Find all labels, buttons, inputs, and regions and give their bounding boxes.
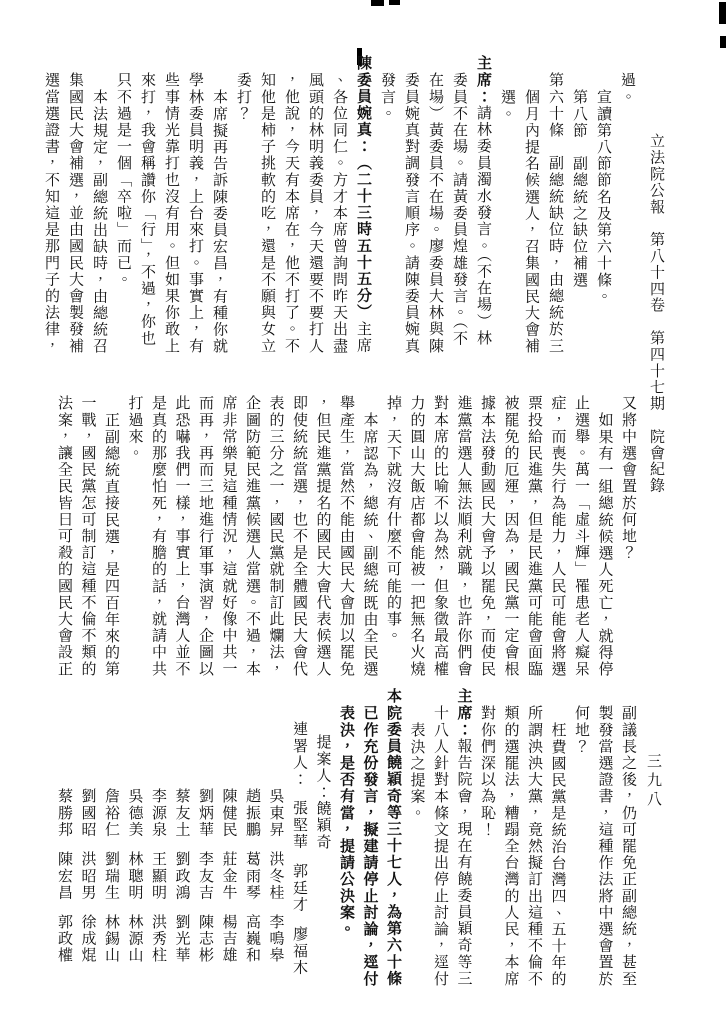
cosigner-name: 廖福木 — [291, 926, 309, 976]
column-text: 表決，是否有當，提請公決案。 — [338, 705, 356, 937]
column-text: 法案，讓全民皆曰可殺的國民大會設正 — [56, 395, 74, 677]
column-text: 本席擬再告訴陳委員宏昌，有種你就 — [211, 89, 229, 355]
column-text: 企圖防範民進黨候選人當選。不過，本 — [244, 395, 262, 677]
text-column: 主席：請林委員濁水發言。（不在場）林 — [472, 55, 496, 359]
text-column: 已作充份發言，擬建請停止討論，逕付 — [358, 688, 382, 1010]
text-column: 打過來。 — [123, 378, 147, 670]
text-column: 些事情光靠打也沒有用。但如果你敢上 — [160, 55, 184, 359]
column-text: 力的圓山大飯店都會能被一把無名火燒 — [409, 395, 427, 677]
column-text: 在場）黃委員不在場。廖委員大林與陳 — [427, 72, 445, 354]
page-header: 立法院公報 第八十四卷 第四十七期 院會紀錄 — [646, 133, 668, 494]
scan-artifact — [371, 0, 384, 6]
cosigner-name: 李源泉 — [150, 788, 168, 838]
text-column: 對你們深以為恥！ — [476, 688, 500, 1010]
text-column: 所謂泱泱大黨，竟然擬訂出這種不倫不 — [523, 688, 547, 1010]
cosigner-name: 陳志彬 — [197, 914, 215, 964]
column-text: 委員不在場。請黃委員煌雄發言。（不 — [451, 72, 469, 347]
column-text: 已作充份發言，擬建請停止討論，逕付 — [362, 705, 380, 987]
text-column: 本院委員饒穎奇等三十七人，為第六十條 — [382, 688, 406, 1010]
speaker-name: 主席： — [456, 688, 474, 738]
cosigner-name: 蔡勝邦 — [56, 788, 74, 838]
column-text: 報告院會，現在有饒委員穎奇等三 — [456, 738, 474, 987]
column-text: 此恐嚇我們一樣，事實上，台灣人並不 — [174, 395, 192, 677]
column-text: 委打？ — [235, 72, 253, 122]
cosigner-name: 劉政鴻 — [174, 851, 192, 901]
speaker-name: 主席： — [475, 55, 493, 105]
cosigner-name: 徐成焜 — [80, 914, 98, 964]
column-text: 止選舉。萬一「虛斗輝」罹患老人癡呆 — [573, 395, 591, 677]
text-column: 而再，再而三地進行軍事演習，企圖以 — [194, 378, 218, 670]
text-column: 被罷免的厄運，因為，國民黨一定會根 — [499, 378, 523, 670]
column-text: 對本席的比喻不以為然，但象徵最高權 — [432, 395, 450, 677]
text-column: 票投給民進黨，但是民進黨可能會面臨 — [523, 378, 547, 670]
cosigner-column: 連署人：張堅華郭廷才廖福木 — [288, 688, 312, 1010]
text-column: 第八節 副總統之缺位補選 — [568, 55, 592, 359]
text-column: 只不過是一個「卒啦」而已。 — [112, 55, 136, 359]
text-column: 舉產生，當然不能由國民大會加以罷免 — [335, 378, 359, 670]
text-column: 表決之提案。 — [405, 688, 429, 1010]
column-text: 一戰，國民黨怎可制訂這種不倫不類的 — [80, 395, 98, 677]
column-text: 打過來。 — [127, 395, 145, 461]
column-text: 、各位同仁。方才本席曾詢問昨天出盡 — [331, 72, 349, 354]
cosigner-name: 洪昭男 — [80, 851, 98, 901]
scan-artifact — [720, 36, 726, 48]
column-text: 知他是柿子挑軟的吃，還是不願與女立 — [259, 72, 277, 354]
column-text: 過。 — [619, 72, 637, 105]
column-text: 只不過是一個「卒啦」而已。 — [115, 72, 133, 288]
cosigner-column: 詹裕仁劉瑞生林錫山 — [100, 688, 124, 1010]
cosigner-column: 劉炳華李友吉陳志彬 — [194, 688, 218, 1010]
column-text: 如果有一組總統候選人死亡，就得停 — [597, 412, 615, 678]
column-text: 風頭的林明義委員，今天還要不要打人 — [307, 72, 325, 354]
column-text: 掉，天下就沒有什麼不可能的事。 — [385, 395, 403, 644]
cosigner-name: 郭廷才 — [291, 863, 309, 913]
column-text: 類的選罷法，糟蹋全台灣的人民，本席 — [503, 705, 521, 987]
column-text: 票投給民進黨，但是民進黨可能會面臨 — [526, 395, 544, 677]
text-column: 宣讀第八節節名及第六十條。 — [592, 55, 616, 359]
column-text: 些事情光靠打也沒有用。但如果你敢上 — [163, 72, 181, 354]
column-text: 主席 — [355, 321, 373, 354]
gazette-page: 立法院公報 第八十四卷 第四十七期 院會紀錄 三九八 過。宣讀第八節節名及第六十… — [0, 0, 726, 1024]
column-text: 第八節 副總統之缺位補選 — [571, 89, 589, 288]
text-column: 止選舉。萬一「虛斗輝」罹患老人癡呆 — [570, 378, 594, 670]
cosigner-name: 楊吉雄 — [221, 914, 239, 964]
text-column: 十八人針對本條文提出停止討論，逕付 — [429, 688, 453, 1010]
column-text: 本法規定，副總統出缺時，由總統召 — [91, 89, 109, 355]
text-column: 、各位同仁。方才本席曾詢問昨天出盡 — [328, 55, 352, 359]
text-column: 表決，是否有當，提請公決案。 — [335, 688, 359, 1010]
cosigner-name: 莊金牛 — [221, 851, 239, 901]
column-text: 舉產生，當然不能由國民大會加以罷免 — [338, 395, 356, 677]
scan-artifact — [719, 2, 726, 24]
cosigner-column: 陳健民莊金牛楊吉雄 — [217, 688, 241, 1010]
cosigner-name: 高巍和 — [244, 914, 262, 964]
page-number: 三九八 — [643, 753, 665, 810]
text-column: 正副總統直接民選，是四百年來的第 — [100, 378, 124, 670]
text-column: 據本法發動國民大會予以罷免，而使民 — [476, 378, 500, 670]
cosigner-column: 吳東昇洪冬桂李鳴皋 — [264, 688, 288, 1010]
text-column: 又將中選會置於何地？ — [617, 378, 641, 670]
text-column: 本席擬再告訴陳委員宏昌，有種你就 — [208, 55, 232, 359]
column-text: 本院委員饒穎奇等三十七人，為第六十條 — [385, 688, 403, 987]
column-text: 被罷免的厄運，因為，國民黨一定會根 — [503, 395, 521, 677]
proposer-name: 饒穎奇 — [315, 800, 333, 850]
cosigner-column: 蔡友土劉政鴻劉光華 — [170, 688, 194, 1010]
column-text: 枉費國民黨是統治台灣四、五十年的 — [550, 722, 568, 988]
text-column: 在場）黃委員不在場。廖委員大林與陳 — [424, 55, 448, 359]
text-column: 過。 — [616, 55, 640, 359]
text-column: 風頭的林明義委員，今天還要不要打人 — [304, 55, 328, 359]
cosigner-name: 王顯明 — [150, 851, 168, 901]
column-text: 來打，我會稱讚你「行」，不過，你也 — [139, 72, 157, 347]
cosigner-name: 蔡友土 — [174, 788, 192, 838]
cosigner-name: 陳宏昌 — [56, 851, 74, 901]
cosigner-name: 劉瑞生 — [103, 851, 121, 901]
text-column: 表的三分之一，國民黨就制訂此爛法， — [264, 378, 288, 670]
text-column: 即使統統當選，也不是全體國民大會代 — [288, 378, 312, 670]
column-text: 副議長之後，仍可罷免正副總統，甚至 — [620, 705, 638, 987]
column-text: 選當選證書，不知這是那門子的法律， — [43, 72, 61, 354]
text-column: 如果有一組總統候選人死亡，就得停 — [593, 378, 617, 670]
cosigner-column: 蔡勝邦陳宏昌郭政權 — [53, 688, 77, 1010]
text-column: 法案，讓全民皆曰可殺的國民大會設正 — [53, 378, 77, 670]
text-column: 本席認為，總統、副總統既由全民選 — [358, 378, 382, 670]
text-column: 進黨當選人無法順利就職，也許你們會 — [452, 378, 476, 670]
column-text: 請林委員濁水發言。（不在場）林 — [475, 105, 493, 347]
text-column: 企圖防範民進黨候選人當選。不過，本 — [241, 378, 265, 670]
cosigner-name: 葛雨琴 — [244, 851, 262, 901]
cosigner-column: 劉國昭洪昭男徐成焜 — [76, 688, 100, 1010]
column-text: 委員婉真對調發言順序。請陳委員婉真 — [403, 72, 421, 354]
text-column: 發言。 — [376, 55, 400, 359]
text-column: 副議長之後，仍可罷免正副總統，甚至 — [617, 688, 641, 1010]
cosigner-name: 林錫山 — [103, 914, 121, 964]
text-column: 委員不在場。請黃委員煌雄發言。（不 — [448, 55, 472, 359]
text-band-1: 過。宣讀第八節節名及第六十條。第八節 副總統之缺位補選第六十條 副總統缺位時，由… — [40, 55, 640, 359]
text-column: 何地？ — [570, 688, 594, 1010]
text-column: 委打？ — [232, 55, 256, 359]
text-column: ，他說，今天有本席在，他不打了。不 — [280, 55, 304, 359]
cosigner-name: 林聰明 — [127, 851, 145, 901]
text-column: 選當選證書，不知這是那門子的法律， — [40, 55, 64, 359]
column-text: 症，而喪失行為能力，人民可能會將選 — [550, 395, 568, 677]
cosigner-column: 趙振鵬葛雨琴高巍和 — [241, 688, 265, 1010]
column-text: 表的三分之一，國民黨就制訂此爛法， — [268, 395, 286, 677]
scan-artifact — [389, 0, 400, 5]
column-text: 十八人針對本條文提出停止討論，逕付 — [432, 705, 450, 987]
text-column: 製發當選證書，這種作法將中選會置於 — [593, 688, 617, 1010]
column-text: 進黨當選人無法順利就職，也許你們會 — [456, 395, 474, 677]
text-column: 集國民大會補選，並由國民大會製發補 — [64, 55, 88, 359]
text-column: 本法規定，副總統出缺時，由總統召 — [88, 55, 112, 359]
proposer-line: 提案人：饒穎奇 — [311, 688, 335, 1010]
text-band-2: 又將中選會置於何地？如果有一組總統候選人死亡，就得停止選舉。萬一「虛斗輝」罹患老… — [53, 378, 641, 670]
cosigner-name: 吳東昇 — [268, 788, 286, 838]
cosigner-name: 詹裕仁 — [103, 788, 121, 838]
text-column: 選。 — [496, 55, 520, 359]
cosigner-name: 洪冬桂 — [268, 851, 286, 901]
column-text: 何地？ — [573, 705, 591, 755]
column-text: 表決之提案。 — [409, 722, 427, 822]
cosigner-name: 郭政權 — [56, 914, 74, 964]
column-text: 而再，再而三地進行軍事演習，企圖以 — [197, 395, 215, 677]
column-text: 個月內提名候選人，召集國民大會補 — [523, 89, 541, 355]
column-text: 第六十條 副總統缺位時，由總統於三 — [547, 72, 565, 354]
cosigner-name: 林源山 — [127, 914, 145, 964]
text-column: 來打，我會稱讚你「行」，不過，你也 — [136, 55, 160, 359]
cosigner-name: 吳德美 — [127, 788, 145, 838]
cosigner-name: 劉光華 — [174, 914, 192, 964]
cosigner-name: 李友吉 — [197, 851, 215, 901]
text-band-3: 副議長之後，仍可罷免正副總統，甚至製發當選證書，這種作法將中選會置於何地？枉費國… — [53, 688, 641, 1010]
column-text: ，他說，今天有本席在，他不打了。不 — [283, 72, 301, 354]
proposer-label: 提案人： — [315, 734, 333, 800]
text-column: 力的圓山大飯店都會能被一把無名火燒 — [405, 378, 429, 670]
column-text: 所謂泱泱大黨，竟然擬訂出這種不倫不 — [526, 705, 544, 987]
column-text: 製發當選證書，這種作法將中選會置於 — [597, 705, 615, 987]
cosigner-name: 洪秀柱 — [150, 914, 168, 964]
text-column: 主席：報告院會，現在有饒委員穎奇等三 — [452, 688, 476, 1010]
speaker-name: 陳委員婉真：（二十三時五十五分） — [355, 55, 373, 321]
cosigner-name: 劉炳華 — [197, 788, 215, 838]
text-column: 一戰，國民黨怎可制訂這種不倫不類的 — [76, 378, 100, 670]
text-column: 學林委員明義，上台來打。事實上，有 — [184, 55, 208, 359]
text-column: ，但民進黨提名的國民大會代表候選人 — [311, 378, 335, 670]
column-text: 席非常樂見這種情況，這就好像中共一 — [221, 395, 239, 677]
column-text: 即使統統當選，也不是全體國民大會代 — [291, 395, 309, 677]
column-text: 又將中選會置於何地？ — [620, 395, 638, 561]
cosigner-name: 李鳴皋 — [268, 914, 286, 964]
text-column: 此恐嚇我們一樣，事實上，台灣人並不 — [170, 378, 194, 670]
text-column: 是真的那麼怕死，有膽的話，就請中共 — [147, 378, 171, 670]
column-text: 學林委員明義，上台來打。事實上，有 — [187, 72, 205, 354]
column-text: 發言。 — [379, 72, 397, 122]
column-text: 集國民大會補選，並由國民大會製發補 — [67, 72, 85, 354]
text-column: 個月內提名候選人，召集國民大會補 — [520, 55, 544, 359]
text-column: 陳委員婉真：（二十三時五十五分）主席 — [352, 55, 376, 359]
column-text: 本席認為，總統、副總統既由全民選 — [362, 412, 380, 678]
text-column: 掉，天下就沒有什麼不可能的事。 — [382, 378, 406, 670]
cosigner-label: 連署人： — [291, 721, 309, 787]
text-column: 第六十條 副總統缺位時，由總統於三 — [544, 55, 568, 359]
column-text: 是真的那麼怕死，有膽的話，就請中共 — [150, 395, 168, 677]
cosigner-column: 李源泉王顯明洪秀柱 — [147, 688, 171, 1010]
cosigner-name: 陳健民 — [221, 788, 239, 838]
text-column: 症，而喪失行為能力，人民可能會將選 — [546, 378, 570, 670]
cosigner-name: 劉國昭 — [80, 788, 98, 838]
column-text: 對你們深以為恥！ — [479, 705, 497, 838]
column-text: 選。 — [499, 89, 517, 122]
column-text: 據本法發動國民大會予以罷免，而使民 — [479, 395, 497, 677]
text-column: 類的選罷法，糟蹋全台灣的人民，本席 — [499, 688, 523, 1010]
cosigner-column: 吳德美林聰明林源山 — [123, 688, 147, 1010]
column-text: 正副總統直接民選，是四百年來的第 — [103, 412, 121, 678]
column-text: ，但民進黨提名的國民大會代表候選人 — [315, 395, 333, 677]
column-text: 宣讀第八節節名及第六十條。 — [595, 89, 613, 305]
text-column: 知他是柿子挑軟的吃，還是不願與女立 — [256, 55, 280, 359]
text-column: 委員婉真對調發言順序。請陳委員婉真 — [400, 55, 424, 359]
text-column: 枉費國民黨是統治台灣四、五十年的 — [546, 688, 570, 1010]
text-column: 對本席的比喻不以為然，但象徵最高權 — [429, 378, 453, 670]
cosigner-name: 張堅華 — [291, 800, 309, 850]
text-column: 席非常樂見這種情況，這就好像中共一 — [217, 378, 241, 670]
cosigner-name: 趙振鵬 — [244, 788, 262, 838]
